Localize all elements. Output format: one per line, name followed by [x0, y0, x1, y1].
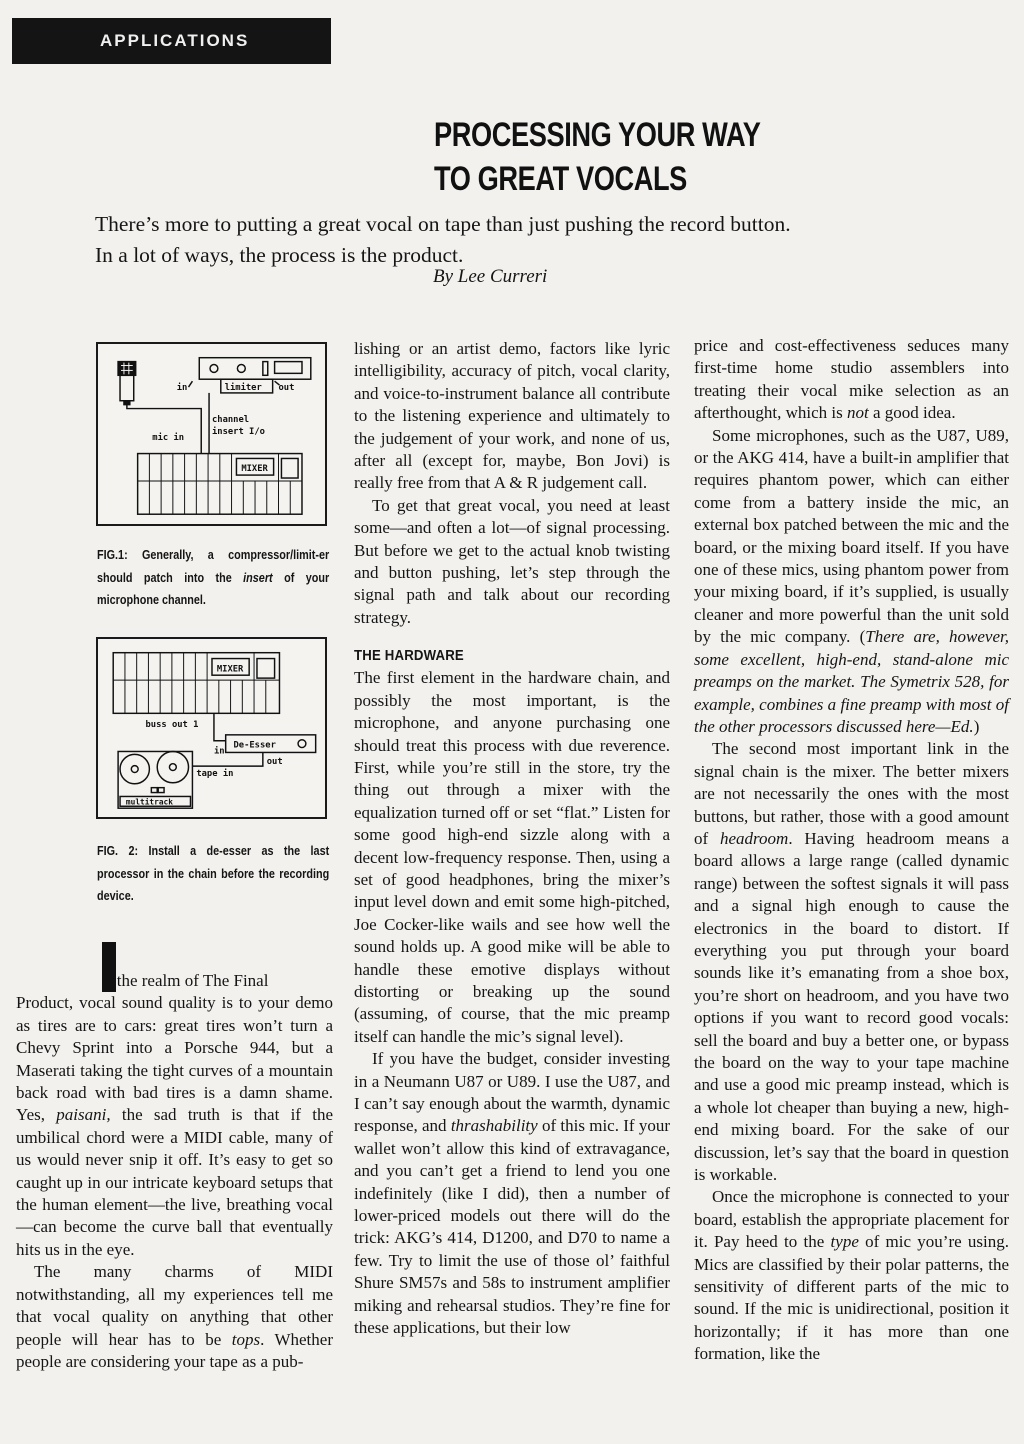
- figure-1-caption: FIG.1: Generally, a compressor/limit-er …: [97, 544, 329, 612]
- figure-2-diagram: MIXER buss out 1 De-Esser in out tape in…: [96, 637, 327, 819]
- mixer-icon: MIXER: [113, 653, 279, 714]
- drop-cap: [102, 942, 116, 992]
- article-column-3: price and cost-effectiveness seduces man…: [694, 335, 1009, 1366]
- de-esser-unit-icon: De-Esser: [226, 735, 316, 753]
- article-paragraph: n the realm of The Final: [16, 970, 333, 992]
- svg-text:MIXER: MIXER: [217, 664, 244, 674]
- article-paragraph: The second most important link in the si…: [694, 738, 1009, 1186]
- svg-text:limiter: limiter: [225, 382, 262, 393]
- microphone-icon: [118, 362, 136, 405]
- article-paragraph: If you have the budget, consider investi…: [354, 1048, 670, 1339]
- svg-text:insert I/o: insert I/o: [212, 426, 265, 437]
- article-paragraph: price and cost-effectiveness seduces man…: [694, 335, 1009, 425]
- article-headline: PROCESSING YOUR WAY TO GREAT VOCALS: [434, 113, 760, 201]
- article-paragraph: Once the microphone is connected to your…: [694, 1186, 1009, 1365]
- figure-1-diagram: in limiter out channel insert I/o mic in…: [96, 342, 327, 526]
- svg-text:multitrack: multitrack: [126, 796, 173, 806]
- article-column-1: n the realm of The Final Product, vocal …: [16, 970, 333, 1373]
- svg-text:in: in: [214, 745, 225, 756]
- multitrack-tape-icon: multitrack: [118, 751, 192, 808]
- svg-text:De-Esser: De-Esser: [234, 741, 276, 751]
- article-paragraph: The many charms of MIDI notwithstanding,…: [16, 1261, 333, 1373]
- article-paragraph: Product, vocal sound quality is to your …: [16, 992, 333, 1261]
- byline: By Lee Curreri: [433, 266, 547, 288]
- article-paragraph: To get that great vocal, you need at lea…: [354, 495, 670, 629]
- article-paragraph: lishing or an artist demo, factors like …: [354, 338, 670, 495]
- headline-line-2: TO GREAT VOCALS: [434, 157, 760, 201]
- article-paragraph: The first element in the hardware chain,…: [354, 667, 670, 1048]
- mixer-icon: MIXER: [138, 454, 302, 515]
- svg-text:channel: channel: [212, 415, 249, 425]
- svg-text:MIXER: MIXER: [241, 464, 268, 474]
- svg-text:out: out: [279, 383, 295, 393]
- svg-text:in: in: [177, 382, 188, 393]
- figure-2-caption: FIG. 2: Install a de-esser as the last p…: [97, 840, 329, 908]
- svg-text:tape in: tape in: [196, 768, 233, 779]
- section-subhead: THE HARDWARE: [354, 645, 632, 667]
- article-deck: There’s more to putting a great vocal on…: [95, 209, 955, 271]
- svg-text:out: out: [267, 757, 283, 767]
- deck-line-1: There’s more to putting a great vocal on…: [95, 209, 955, 240]
- article-paragraph: Some microphones, such as the U87, U89, …: [694, 425, 1009, 739]
- svg-text:buss out 1: buss out 1: [145, 720, 198, 730]
- headline-line-1: PROCESSING YOUR WAY: [434, 113, 760, 157]
- section-label: APPLICATIONS: [12, 18, 331, 64]
- article-column-2: lishing or an artist demo, factors like …: [354, 338, 670, 1339]
- svg-text:mic in: mic in: [152, 432, 184, 443]
